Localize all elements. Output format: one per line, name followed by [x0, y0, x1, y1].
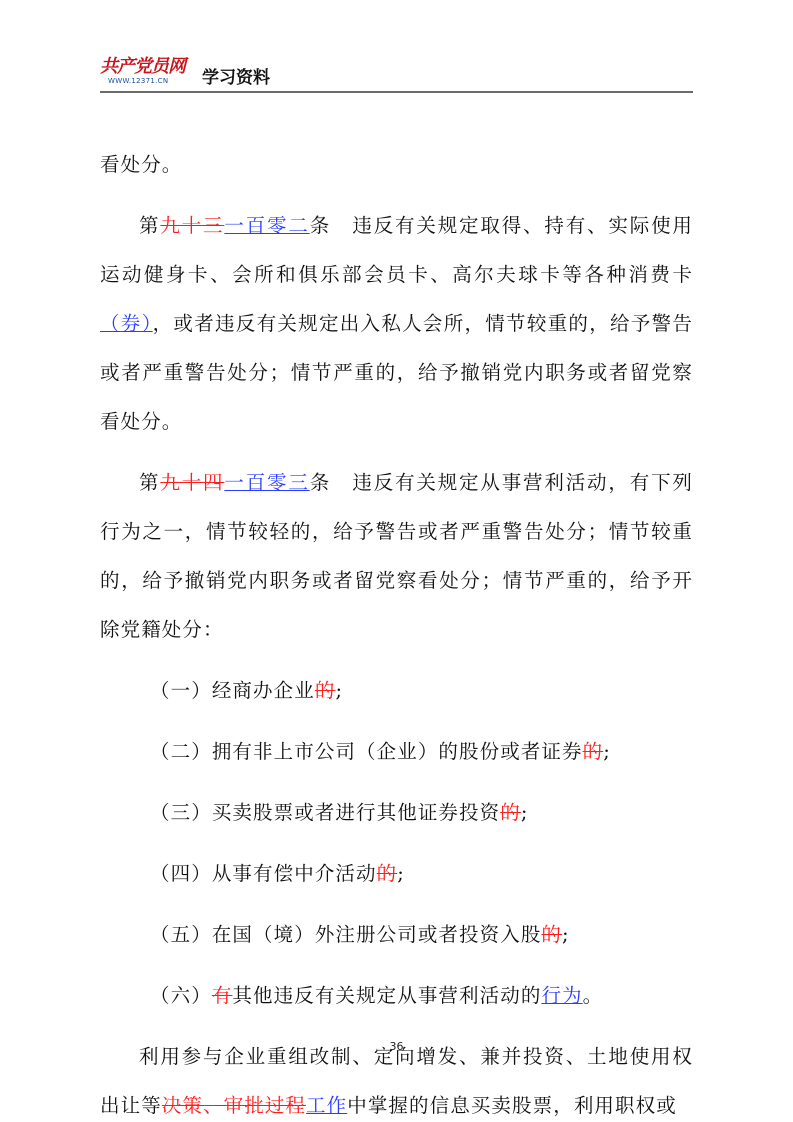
inserted-text: 一百零三	[224, 471, 309, 494]
list-item: （六）有其他违反有关规定从事营利活动的行为。	[100, 971, 693, 1020]
item-label: （五）	[150, 923, 212, 946]
item-text: 经商办企业	[212, 679, 315, 702]
page-header: 共产党员网 WWW.12371.CN 学习资料	[100, 52, 693, 92]
deleted-text: 的	[500, 801, 521, 824]
paragraph-text: 中掌握的信息买卖股票，利用职权或	[347, 1094, 677, 1117]
item-label: （六）	[150, 984, 212, 1007]
document-body: 看处分。 第九十三一百零二条 违反有关规定取得、持有、实际使用运动健身卡、会所和…	[100, 140, 693, 1122]
item-text: 其他违反有关规定从事营利活动的	[232, 984, 541, 1007]
header-divider	[100, 91, 693, 93]
inserted-text: 工作	[306, 1094, 347, 1117]
paragraph-continuation: 看处分。	[100, 140, 693, 189]
article-suffix: 条	[310, 214, 331, 237]
article-prefix: 第	[139, 214, 160, 237]
site-logo: 共产党员网 WWW.12371.CN	[100, 52, 195, 90]
deleted-text: 决策、审批过程	[162, 1094, 306, 1117]
logo-url: WWW.12371.CN	[108, 77, 168, 85]
deleted-text: 的	[315, 679, 336, 702]
item-label: （一）	[150, 679, 212, 702]
list-item: （一）经商办企业的;	[100, 666, 693, 715]
item-text: 在国（境）外注册公司或者投资入股	[212, 923, 542, 946]
deleted-text: 九十三	[160, 214, 224, 237]
article-prefix: 第	[139, 471, 160, 494]
item-end: 。	[583, 984, 604, 1007]
inserted-text: （券）	[100, 312, 153, 335]
logo-text: 共产党员网	[100, 52, 185, 78]
inserted-text: 一百零二	[224, 214, 309, 237]
deleted-text: 有	[212, 984, 233, 1007]
deleted-text: 的	[583, 740, 604, 763]
item-label: （四）	[150, 862, 212, 885]
article-text: ，或者违反有关规定出入私人会所，情节较重的，给予警告或者严重警告处分；情节严重的…	[100, 312, 693, 433]
list-item: （三）买卖股票或者进行其他证券投资的;	[100, 788, 693, 837]
page-number: 36	[0, 1040, 793, 1053]
article-102: 第九十三一百零二条 违反有关规定取得、持有、实际使用运动健身卡、会所和俱乐部会员…	[100, 201, 693, 446]
article-text: 违反有关规定从事营利活动，有下列行为之一，情节较轻的，给予警告或者严重警告处分；…	[100, 471, 693, 641]
item-end: ;	[521, 801, 529, 824]
deleted-text: 的	[377, 862, 398, 885]
item-end: ;	[603, 740, 611, 763]
deleted-text: 的	[541, 923, 562, 946]
inserted-text: 行为	[541, 984, 582, 1007]
article-103: 第九十四一百零三条 违反有关规定从事营利活动，有下列行为之一，情节较轻的，给予警…	[100, 458, 693, 654]
item-label: （三）	[150, 801, 212, 824]
item-end: ;	[562, 923, 570, 946]
header-title: 学习资料	[202, 63, 270, 88]
item-end: ;	[335, 679, 343, 702]
item-end: ;	[397, 862, 405, 885]
item-text: 从事有偿中介活动	[212, 862, 377, 885]
item-text: 拥有非上市公司（企业）的股份或者证券	[212, 740, 583, 763]
list-item: （四）从事有偿中介活动的;	[100, 849, 693, 898]
item-label: （二）	[150, 740, 212, 763]
item-text: 买卖股票或者进行其他证券投资	[212, 801, 500, 824]
list-item: （二）拥有非上市公司（企业）的股份或者证券的;	[100, 727, 693, 776]
deleted-text: 九十四	[160, 471, 224, 494]
article-suffix: 条	[310, 471, 331, 494]
list-item: （五）在国（境）外注册公司或者投资入股的;	[100, 910, 693, 959]
